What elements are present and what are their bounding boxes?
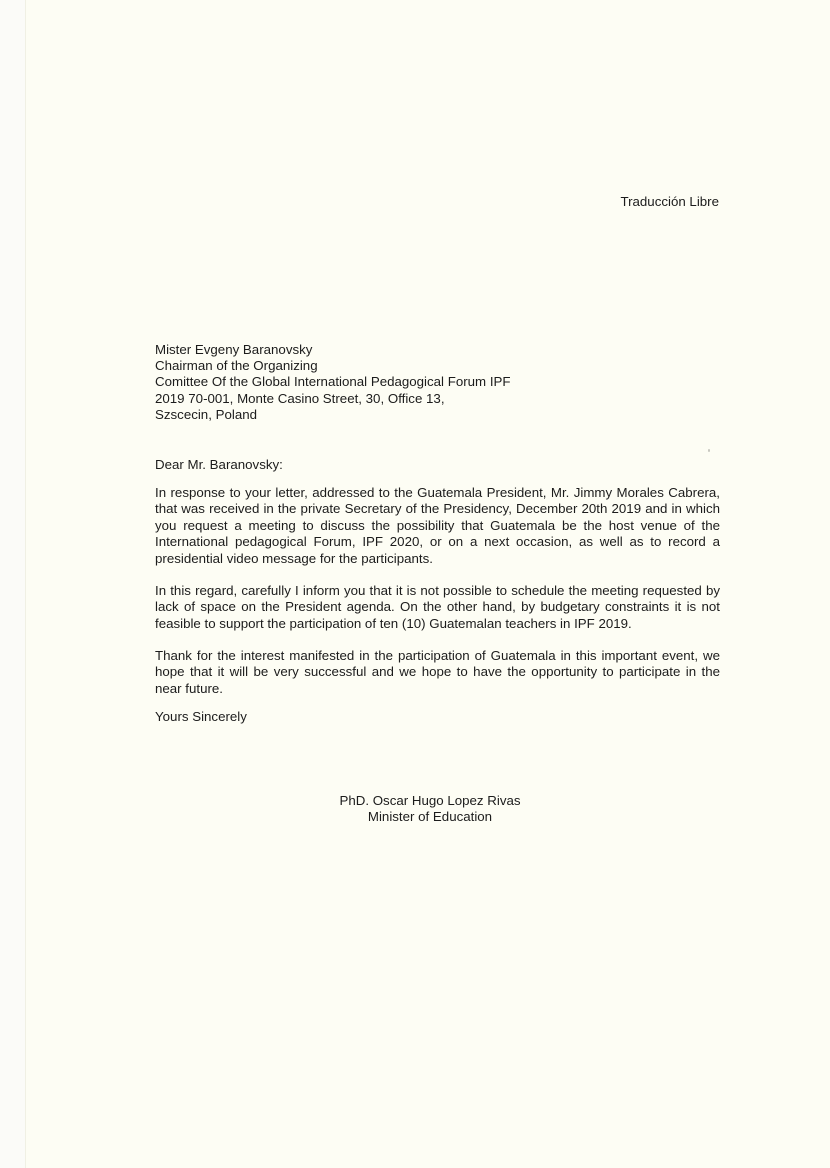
signature-block: PhD. Oscar Hugo Lopez Rivas Minister of …	[330, 793, 530, 825]
recipient-line: Comittee Of the Global International Ped…	[155, 374, 511, 390]
recipient-line: Mister Evgeny Baranovsky	[155, 342, 511, 358]
scan-speck	[708, 449, 710, 452]
translation-note: Traducción Libre	[620, 194, 719, 210]
recipient-line: Szscecin, Poland	[155, 407, 511, 423]
salutation: Dear Mr. Baranovsky:	[155, 457, 283, 473]
recipient-line: Chairman of the Organizing	[155, 358, 511, 374]
closing: Yours Sincerely	[155, 709, 247, 725]
signatory-title: Minister of Education	[330, 809, 530, 825]
body-paragraph: Thank for the interest manifested in the…	[155, 648, 720, 697]
body-paragraph: In response to your letter, addressed to…	[155, 485, 720, 567]
recipient-address: Mister Evgeny Baranovsky Chairman of the…	[155, 342, 511, 423]
recipient-line: 2019 70-001, Monte Casino Street, 30, Of…	[155, 391, 511, 407]
letter-page: Traducción Libre Mister Evgeny Baranovsk…	[0, 0, 830, 1168]
signatory-name: PhD. Oscar Hugo Lopez Rivas	[330, 793, 530, 809]
body-paragraph: In this regard, carefully I inform you t…	[155, 583, 720, 632]
